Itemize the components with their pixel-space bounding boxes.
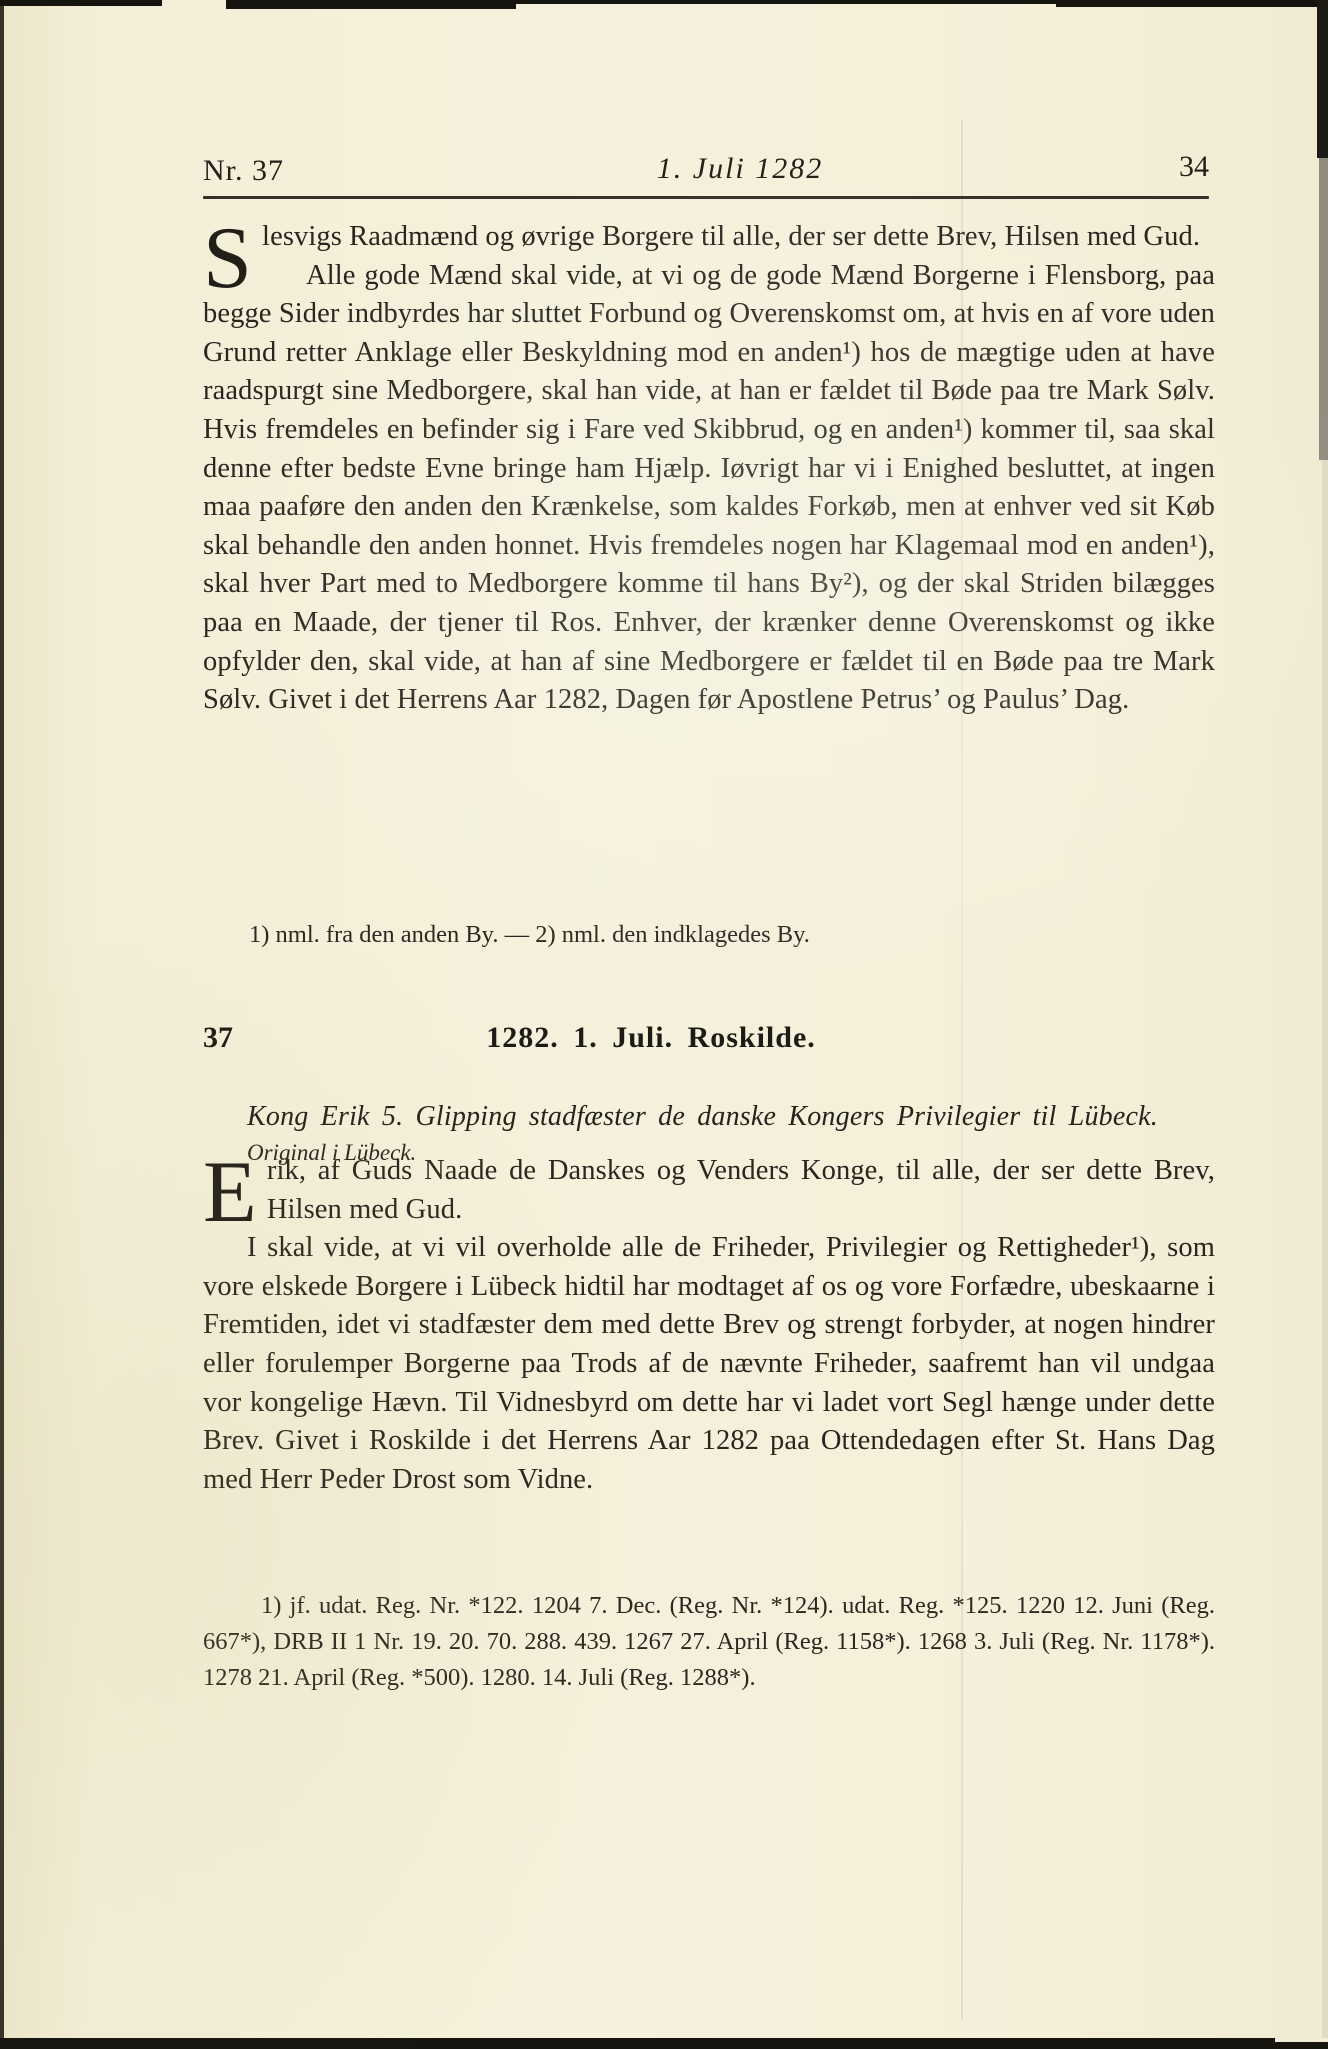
doc37-date-heading: 1282. 1. Juli. Roskilde. [145, 1021, 1157, 1055]
doc37-body-paragraph: I skal vide, at vi vil overholde alle de… [203, 1229, 1215, 1499]
scan-edge-right-gray [1319, 158, 1328, 460]
doc36-footnote: 1) nml. fra den anden By. — 2) nml. den … [203, 918, 1215, 952]
doc36-body-paragraph: Alle gode Mænd skal vide, at vi og de go… [203, 257, 1215, 720]
scan-edge-top-segment [1056, 0, 1328, 7]
scan-edge-bottom [0, 2038, 1275, 2049]
doc36-opening-text: lesvigs Raadmænd og øvrige Borgere til a… [262, 221, 1200, 252]
document-37-text: Erik, af Guds Naade de Danskes og Vender… [203, 1152, 1215, 1499]
scan-edge-right-dark [1317, 0, 1328, 158]
scan-edge-top-segment [226, 0, 516, 9]
scan-edge-top-segment [516, 0, 1056, 4]
doc36-initial: S [203, 218, 262, 294]
book-page: Nr. 37 1. Juli 1282 34 Slesvigs Raadmænd… [0, 0, 1328, 2049]
scan-edge-bottom [1270, 2042, 1328, 2049]
header-page-number: 34 [1179, 150, 1209, 184]
scan-edge-left [0, 0, 4, 2049]
doc37-heading-row: 37 1282. 1. Juli. Roskilde. [203, 1021, 1215, 1061]
header-date: 1. Juli 1282 [235, 152, 1245, 186]
doc37-opening-paragraph: Erik, af Guds Naade de Danskes og Vender… [203, 1152, 1215, 1229]
doc37-regest: Kong Erik 5. Glipping stadfæster de dans… [247, 1101, 1217, 1133]
running-header: Nr. 37 1. Juli 1282 34 [203, 150, 1213, 192]
doc37-opening-text: rik, af Guds Naade de Danskes og Venders… [267, 1155, 1215, 1225]
doc36-opening-paragraph: Slesvigs Raadmænd og øvrige Borgere til … [203, 218, 1215, 257]
doc37-footnotes: 1) jf. udat. Reg. Nr. *122. 1204 7. Dec.… [203, 1588, 1215, 1696]
scan-edge-right-faint [1322, 460, 1328, 2038]
header-rule [203, 196, 1209, 199]
doc37-initial: E [203, 1152, 267, 1228]
scan-edge-top-segment [0, 0, 162, 6]
document-36-text: Slesvigs Raadmænd og øvrige Borgere til … [203, 218, 1215, 720]
